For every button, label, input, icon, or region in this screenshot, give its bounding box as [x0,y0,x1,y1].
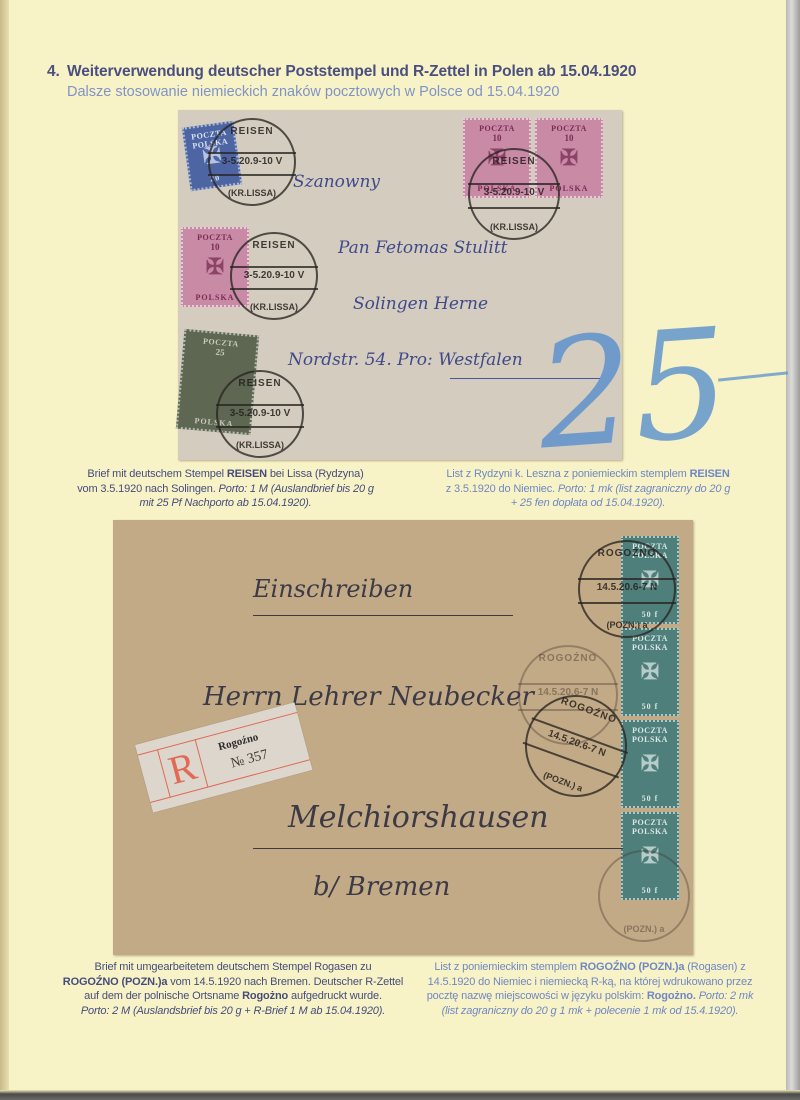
caption-bold: ROGOŹNO (POZN.)a [580,961,685,973]
caption-bold: ROGOŹNO (POZN.)a [63,976,168,988]
caption-italic: Porto: 2 M (Auslandsbrief bis 20 g + R-B… [81,1005,385,1017]
address-line: Melchiorshausen [288,800,549,835]
caption-text: (Rogasen) z [684,961,745,973]
title-text: Weiterverwendung deutscher Poststempel u… [67,63,636,80]
caption-italic: mit 25 Pf Nachporto ab 15.04.1920). [139,497,311,509]
stamp-value: 50 f [623,794,677,803]
postmark-district: (KR.LISSA) [218,440,302,450]
postmark-reisen: REISEN 3-5.20.9-10 V (KR.LISSA) [468,148,560,240]
postmark-date: 3-5.20.9-10 V [468,183,560,208]
caption-text: List z poniemieckim stemplem [434,961,579,973]
page-title: 4.Weiterverwendung deutscher Poststempel… [47,63,636,81]
caption-text: z 3.5.1920 do Niemiec. [446,483,558,495]
page-subtitle: Dalsze stosowanie niemieckich znaków poc… [67,84,559,100]
postmark-district: (KR.LISSA) [232,302,316,312]
address-line: Herrn Lehrer Neubecker [203,682,534,712]
caption-pl-cover2: List z poniemieckim stemplem ROGOŹNO (PO… [400,960,780,1018]
page-left-edge [0,0,9,1090]
caption-text: Brief mit umgearbeitetem deutschem Stemp… [95,961,372,973]
postmark-town: REISEN [232,240,316,251]
stamp-50f-teal: POCZTA POLSKA ✠ 50 f [621,628,679,716]
postmark-date: 3-5.20.9-10 V [208,152,296,176]
page-bottom-edge [0,1090,800,1100]
postmark-date: 14.5.20.6-7 N [578,578,676,605]
postmark-district: (POZN.) a [600,924,688,934]
postmark-town: ROGOŹNO [520,653,616,664]
caption-text: auf dem der polnische Ortsname [84,990,242,1002]
postmark-rogozno-faint: (POZN.) a [598,850,690,942]
address-line: Einschreiben [253,575,413,603]
caption-italic: (list zagraniczny do 20 g 1 mk + polecen… [442,1005,739,1017]
stamp-header: POCZTA POLSKA [623,818,677,836]
caption-bold: REISEN [690,468,730,480]
address-line: Nordstr. 54. Pro: Westfalen [288,350,523,370]
address-line: Pan Fetomas Stulitt [338,238,508,258]
postmark-district: (KR.LISSA) [210,188,294,198]
stamp-value: 10 [465,133,529,143]
caption-text: pocztę nazwę miejscowości w języku polsk… [427,990,647,1002]
caption-text: Brief mit deutschem Stempel [87,468,226,480]
postmark-reisen: REISEN 3-5.20.9-10 V (KR.LISSA) [208,118,296,206]
postmark-rogozno: ROGOŹNO 14.5.20.6-7 N (POZN.) a [578,540,676,638]
postmark-reisen: REISEN 3-5.20.9-10 V (KR.LISSA) [230,232,318,320]
stamp-header: POCZTA [465,124,529,133]
eagle-icon: ✠ [206,254,224,280]
address-line: b/ Bremen [313,872,450,902]
registration-r-letter: R [157,739,209,798]
stamp-value: 50 f [623,702,677,711]
stamp-header: POCZTA [537,124,601,133]
section-number: 4. [47,63,67,81]
address-line: Solingen Herne [353,294,488,314]
caption-text: vom 3.5.1920 nach Solingen. [77,483,218,495]
postmark-date: 3-5.20.9-10 V [230,266,318,290]
caption-pl-cover1: List z Rydzyni k. Leszna z poniemieckim … [408,467,768,511]
caption-text: vom 14.5.1920 nach Bremen. Deutscher R-Z… [167,976,403,988]
stamp-50f-teal: POCZTA POLSKA ✠ 50 f [621,720,679,808]
caption-text: 14.5.1920 do Niemiec i niemiecką R-ką, n… [428,976,753,988]
caption-italic: Porto: 2 mk [696,990,754,1002]
caption-bold: REISEN [227,468,267,480]
caption-bold: Rogożno [242,990,288,1002]
stamp-value: 10 [537,133,601,143]
caption-text: aufgedruckt wurde. [288,990,382,1002]
caption-text: bei Lissa (Rydzyna) [267,468,364,480]
caption-bold: Rogożno. [647,990,696,1002]
eagle-icon: ✠ [560,145,578,171]
address-underline [253,615,513,616]
postmark-town: REISEN [210,126,294,137]
cover-reisen: POCZTA POLSKA ✠ 20 POCZTA 10 ✠ POLSKA PO… [178,110,622,460]
postmark-town: REISEN [470,156,558,167]
postmark-district: (POZN.) a [580,620,674,630]
eagle-icon: ✠ [641,751,659,777]
caption-italic: Porto: 1 mk (list zagraniczny do 20 g [558,483,730,495]
eagle-icon: ✠ [641,659,659,685]
postage-due-mark: 25 [533,309,734,472]
caption-text: List z Rydzyni k. Leszna z poniemieckim … [446,468,689,480]
postmark-reisen: REISEN 3-5.20.9-10 V (KR.LISSA) [216,370,304,458]
caption-de-cover2: Brief mit umgearbeitetem deutschem Stemp… [48,960,418,1018]
caption-italic: + 25 fen dopłata od 15.04.1920). [511,497,666,509]
postmark-town: ROGOŹNO [580,548,674,559]
registration-number: № 357 [229,747,270,772]
address-underline [253,848,623,849]
address-line: Szanowny [293,172,380,192]
page-right-edge [786,0,800,1100]
caption-italic: Porto: 1 M (Auslandbrief bis 20 g [219,483,374,495]
caption-de-cover1: Brief mit deutschem Stempel REISEN bei L… [58,467,393,511]
postmark-date: 3-5.20.9-10 V [216,404,304,428]
postmark-district: (KR.LISSA) [470,222,558,232]
postmark-town: REISEN [218,378,302,389]
